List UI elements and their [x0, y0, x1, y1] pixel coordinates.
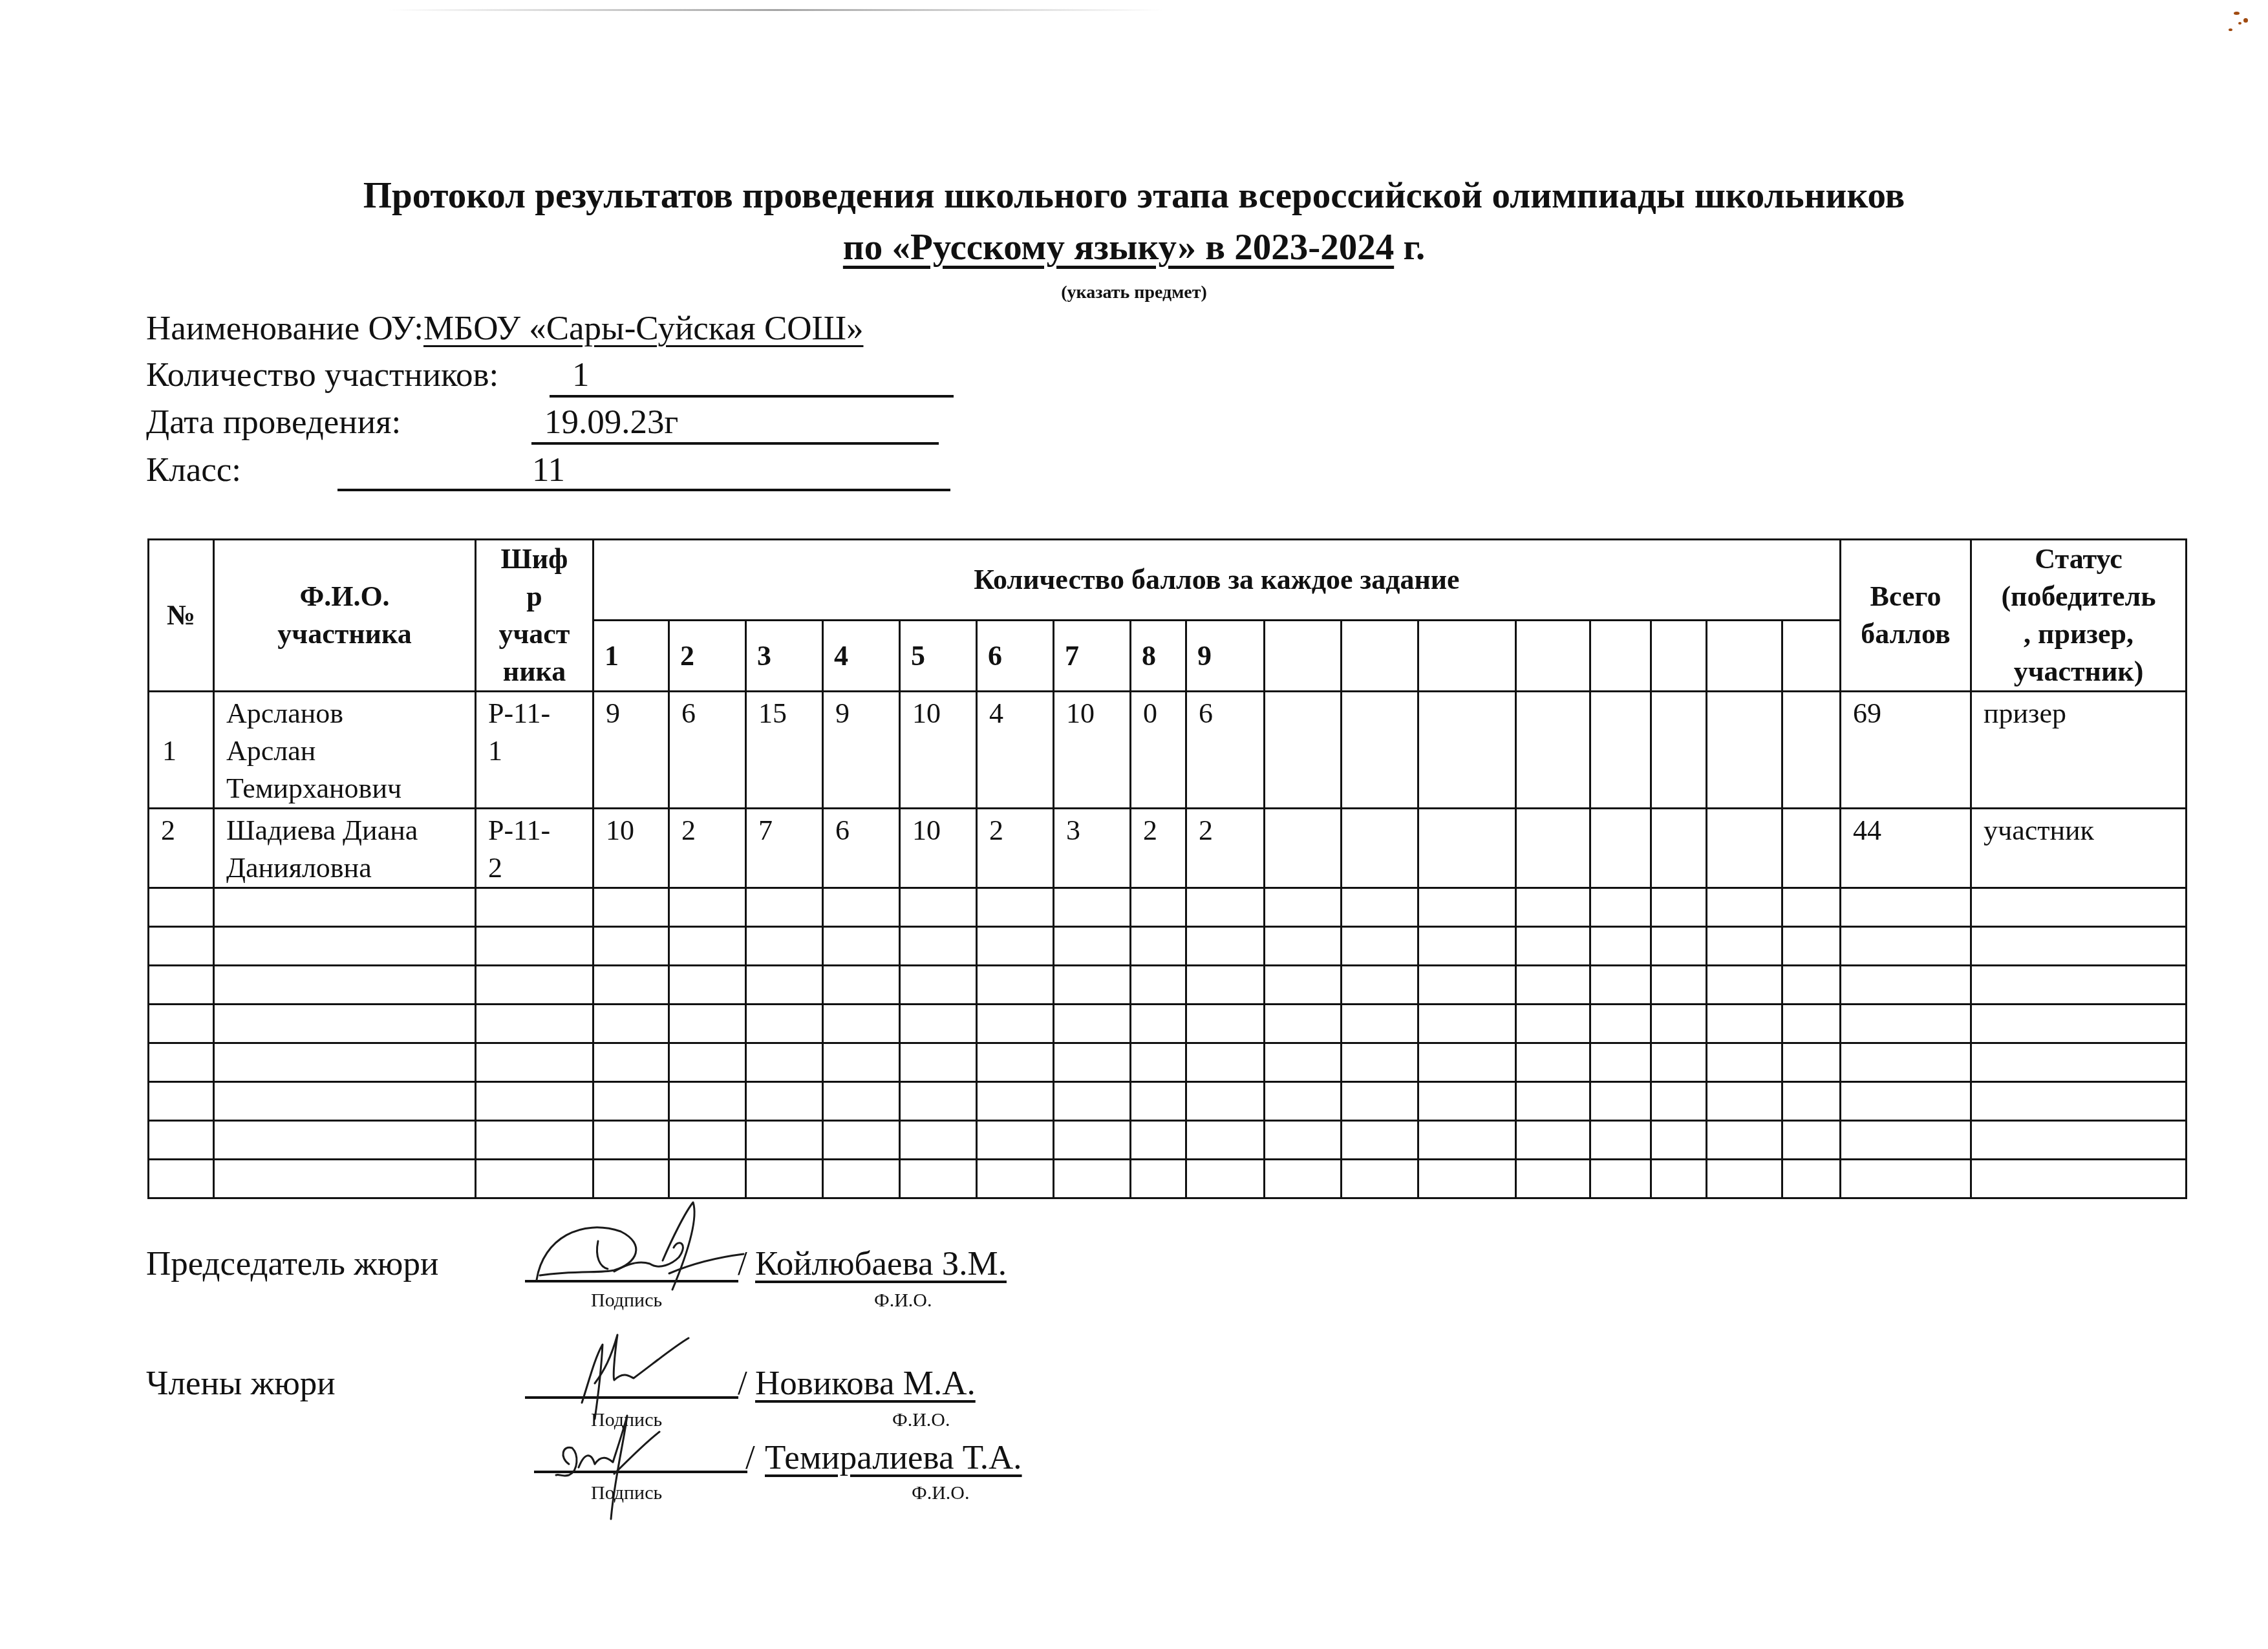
empty-cell — [1590, 1121, 1651, 1160]
empty-cell — [476, 1160, 594, 1198]
empty-cell — [1971, 927, 2187, 966]
empty-cell — [1054, 1121, 1131, 1160]
empty-cell — [476, 927, 594, 966]
empty-cell — [1590, 927, 1651, 966]
code-line: Р-11- — [488, 812, 592, 849]
header-total: Всего баллов — [1841, 540, 1971, 692]
score-cell — [1782, 692, 1841, 809]
empty-cell — [1516, 1082, 1590, 1121]
table-row: 1 Арсланов Арслан Темирханович Р-11- 1 9… — [149, 692, 2187, 809]
empty-cell — [1418, 888, 1516, 927]
participant-name: Шадиева Диана Данияловна — [214, 809, 476, 888]
empty-cell — [1651, 1005, 1707, 1043]
row-number: 2 — [149, 809, 214, 888]
empty-cell — [1131, 1043, 1186, 1082]
empty-cell — [669, 888, 746, 927]
empty-table-row — [149, 1005, 2187, 1043]
empty-cell — [1590, 1082, 1651, 1121]
name-line: Данияловна — [226, 849, 475, 887]
empty-cell — [823, 1121, 900, 1160]
empty-cell — [1186, 1043, 1265, 1082]
empty-cell — [1516, 966, 1590, 1005]
empty-cell — [1186, 1121, 1265, 1160]
empty-cell — [1971, 888, 2187, 927]
score-cell — [1782, 809, 1841, 888]
empty-cell — [1342, 1005, 1418, 1043]
participants-label: Количество участников: — [146, 356, 498, 394]
header-code: Шиф р участ ника — [476, 540, 594, 692]
empty-cell — [149, 927, 214, 966]
empty-cell — [1516, 888, 1590, 927]
member1-slash: / — [738, 1364, 747, 1403]
empty-cell — [1265, 888, 1342, 927]
school-label: Наименование ОУ: — [146, 309, 423, 348]
year-suffix: г. — [1394, 227, 1425, 268]
school-field: Наименование ОУ: МБОУ «Сары-Суйская СОШ» — [146, 309, 863, 348]
empty-cell — [669, 1121, 746, 1160]
header-name-line1: Ф.И.О. — [215, 578, 475, 615]
document-subtitle: по «Русскому языку» в 2023-2024 г. — [0, 226, 2268, 268]
empty-cell — [669, 927, 746, 966]
empty-cell — [1418, 1121, 1516, 1160]
empty-cell — [746, 927, 823, 966]
header-task-9: 9 — [1186, 621, 1265, 692]
empty-cell — [977, 888, 1054, 927]
empty-cell — [1707, 1082, 1782, 1121]
empty-cell — [476, 888, 594, 927]
empty-cell — [476, 1082, 594, 1121]
empty-cell — [149, 888, 214, 927]
header-task-15 — [1651, 621, 1707, 692]
empty-cell — [1707, 1043, 1782, 1082]
empty-cell — [900, 1121, 977, 1160]
class-fill-line — [337, 452, 950, 491]
score-cell — [1707, 692, 1782, 809]
empty-cell — [1516, 1043, 1590, 1082]
row-number: 1 — [149, 692, 214, 809]
chair-name: Койлюбаева З.М. — [755, 1244, 1007, 1283]
empty-table-row — [149, 1121, 2187, 1160]
empty-cell — [476, 1043, 594, 1082]
score-cell: 7 — [746, 809, 823, 888]
header-status: Статус (победитель , призер, участник) — [1971, 540, 2187, 692]
empty-cell — [594, 1043, 669, 1082]
empty-cell — [1418, 1082, 1516, 1121]
empty-cell — [149, 1005, 214, 1043]
empty-cell — [977, 927, 1054, 966]
empty-cell — [1782, 888, 1841, 927]
score-cell — [1418, 692, 1516, 809]
member2-slash: / — [745, 1438, 755, 1477]
empty-cell — [1971, 1082, 2187, 1121]
empty-cell — [1782, 1082, 1841, 1121]
empty-cell — [1186, 1082, 1265, 1121]
header-number: № — [149, 540, 214, 692]
member1-name: Новикова М.А. — [755, 1364, 976, 1403]
score-cell: 10 — [900, 692, 977, 809]
empty-cell — [476, 1005, 594, 1043]
date-label: Дата проведения: — [146, 403, 401, 442]
empty-cell — [1418, 1160, 1516, 1198]
empty-cell — [1186, 927, 1265, 966]
empty-cell — [746, 1043, 823, 1082]
empty-cell — [1131, 1160, 1186, 1198]
empty-cell — [1707, 1121, 1782, 1160]
header-status-line1: Статус — [1972, 540, 2185, 578]
name-line: Темирханович — [226, 770, 475, 807]
score-cell: 9 — [823, 692, 900, 809]
empty-table-row — [149, 927, 2187, 966]
empty-cell — [823, 966, 900, 1005]
score-cell: 6 — [1186, 692, 1265, 809]
score-cell: 2 — [669, 809, 746, 888]
header-task-14 — [1590, 621, 1651, 692]
name-line: Шадиева Диана — [226, 812, 475, 849]
empty-cell — [1186, 1005, 1265, 1043]
empty-cell — [1131, 927, 1186, 966]
scan-speck — [2229, 28, 2232, 31]
score-cell — [1651, 809, 1707, 888]
status-cell: призер — [1971, 692, 2187, 809]
empty-cell — [476, 1121, 594, 1160]
empty-cell — [900, 927, 977, 966]
header-task-16 — [1707, 621, 1782, 692]
empty-cell — [1841, 888, 1971, 927]
empty-cell — [1782, 966, 1841, 1005]
chair-label: Председатель жюри — [146, 1244, 438, 1283]
empty-cell — [149, 1121, 214, 1160]
scan-speck — [2238, 22, 2241, 25]
empty-cell — [1841, 1082, 1971, 1121]
chair-signature-caption: Подпись — [591, 1290, 662, 1312]
empty-cell — [1707, 1005, 1782, 1043]
empty-cell — [214, 966, 476, 1005]
empty-cell — [1651, 1082, 1707, 1121]
empty-cell — [669, 1043, 746, 1082]
empty-cell — [1782, 927, 1841, 966]
empty-cell — [1265, 1160, 1342, 1198]
empty-cell — [1590, 1160, 1651, 1198]
score-cell: 6 — [823, 809, 900, 888]
name-line: Арслан — [226, 732, 475, 770]
empty-cell — [823, 888, 900, 927]
chair-slash: / — [738, 1244, 747, 1283]
empty-cell — [1054, 1160, 1131, 1198]
subject-hint: (указать предмет) — [0, 282, 2268, 303]
header-task-5: 5 — [900, 621, 977, 692]
empty-cell — [977, 1005, 1054, 1043]
code-line: 1 — [488, 732, 592, 770]
date-value: 19.09.23г — [544, 403, 678, 442]
header-task-8: 8 — [1131, 621, 1186, 692]
code-line: Р-11- — [488, 695, 592, 732]
member2-name-caption: Ф.И.О. — [912, 1482, 970, 1504]
school-value: МБОУ «Сары-Суйская СОШ» — [423, 310, 864, 347]
score-cell: 6 — [669, 692, 746, 809]
empty-cell — [1265, 1082, 1342, 1121]
score-cell: 2 — [977, 809, 1054, 888]
empty-table-row — [149, 1043, 2187, 1082]
empty-cell — [1782, 1121, 1841, 1160]
scan-artifact-line — [388, 9, 1164, 11]
empty-cell — [214, 888, 476, 927]
empty-cell — [1590, 966, 1651, 1005]
score-cell — [1265, 809, 1342, 888]
results-table: № Ф.И.О. участника Шиф р участ ника Коли… — [147, 538, 2187, 1199]
empty-cell — [977, 1082, 1054, 1121]
member2-signature-caption: Подпись — [591, 1482, 662, 1504]
empty-cell — [669, 1160, 746, 1198]
scan-speck — [2243, 18, 2248, 23]
chair-name-caption: Ф.И.О. — [874, 1290, 932, 1312]
score-cell: 4 — [977, 692, 1054, 809]
header-task-4: 4 — [823, 621, 900, 692]
header-name: Ф.И.О. участника — [214, 540, 476, 692]
empty-cell — [1131, 966, 1186, 1005]
empty-cell — [476, 966, 594, 1005]
empty-cell — [214, 1082, 476, 1121]
member2-name: Темиралиева Т.А. — [765, 1438, 1022, 1477]
empty-cell — [1265, 1005, 1342, 1043]
total-score: 69 — [1841, 692, 1971, 809]
empty-cell — [1265, 966, 1342, 1005]
score-cell — [1265, 692, 1342, 809]
empty-cell — [1054, 888, 1131, 927]
header-name-line2: участника — [215, 615, 475, 653]
empty-cell — [1342, 1082, 1418, 1121]
header-task-12 — [1418, 621, 1516, 692]
empty-cell — [746, 888, 823, 927]
participant-code: Р-11- 1 — [476, 692, 594, 809]
header-task-17 — [1782, 621, 1841, 692]
score-cell: 2 — [1186, 809, 1265, 888]
empty-cell — [594, 1082, 669, 1121]
scan-speck — [2234, 12, 2240, 15]
score-cell: 10 — [1054, 692, 1131, 809]
empty-cell — [823, 927, 900, 966]
score-cell: 2 — [1131, 809, 1186, 888]
empty-cell — [1782, 1043, 1841, 1082]
empty-cell — [1971, 1121, 2187, 1160]
empty-cell — [149, 1160, 214, 1198]
empty-cell — [977, 1121, 1054, 1160]
empty-cell — [1707, 966, 1782, 1005]
empty-cell — [594, 1121, 669, 1160]
member1-name-caption: Ф.И.О. — [892, 1409, 950, 1431]
empty-cell — [1265, 927, 1342, 966]
header-code-line2: р — [476, 578, 592, 615]
empty-table-row — [149, 888, 2187, 927]
empty-cell — [1782, 1160, 1841, 1198]
header-total-line2: баллов — [1841, 615, 1970, 653]
header-code-line4: ника — [476, 653, 592, 690]
empty-cell — [1971, 1005, 2187, 1043]
document-title: Протокол результатов проведения школьног… — [0, 175, 2268, 217]
score-cell: 3 — [1054, 809, 1131, 888]
empty-cell — [1841, 966, 1971, 1005]
empty-cell — [977, 966, 1054, 1005]
empty-cell — [1516, 1005, 1590, 1043]
empty-cell — [1971, 1043, 2187, 1082]
empty-cell — [1418, 927, 1516, 966]
score-cell — [1651, 692, 1707, 809]
empty-cell — [1651, 927, 1707, 966]
empty-cell — [1131, 1121, 1186, 1160]
empty-cell — [1054, 966, 1131, 1005]
participant-code: Р-11- 2 — [476, 809, 594, 888]
score-cell — [1516, 809, 1590, 888]
score-cell: 10 — [900, 809, 977, 888]
empty-cell — [669, 1082, 746, 1121]
empty-cell — [1342, 1043, 1418, 1082]
header-task-13 — [1516, 621, 1590, 692]
empty-cell — [594, 888, 669, 927]
empty-cell — [1342, 966, 1418, 1005]
empty-cell — [900, 888, 977, 927]
empty-table-row — [149, 966, 2187, 1005]
empty-cell — [1054, 927, 1131, 966]
participant-name: Арсланов Арслан Темирханович — [214, 692, 476, 809]
empty-cell — [1651, 888, 1707, 927]
empty-cell — [1186, 888, 1265, 927]
empty-cell — [1131, 1005, 1186, 1043]
empty-cell — [214, 1005, 476, 1043]
empty-cell — [1971, 966, 2187, 1005]
status-cell: участник — [1971, 809, 2187, 888]
empty-cell — [900, 1160, 977, 1198]
empty-cell — [1342, 1121, 1418, 1160]
name-line: Арсланов — [226, 695, 475, 732]
empty-cell — [900, 1043, 977, 1082]
empty-cell — [1342, 888, 1418, 927]
score-cell — [1418, 809, 1516, 888]
empty-cell — [594, 966, 669, 1005]
empty-cell — [900, 1082, 977, 1121]
empty-cell — [1054, 1082, 1131, 1121]
empty-cell — [669, 1005, 746, 1043]
empty-cell — [1131, 888, 1186, 927]
score-cell: 0 — [1131, 692, 1186, 809]
score-cell — [1590, 809, 1651, 888]
empty-cell — [149, 1082, 214, 1121]
header-code-line1: Шиф — [476, 540, 592, 578]
empty-cell — [149, 966, 214, 1005]
empty-cell — [669, 966, 746, 1005]
empty-cell — [823, 1005, 900, 1043]
empty-cell — [977, 1043, 1054, 1082]
empty-table-row — [149, 1160, 2187, 1198]
header-status-line4: участник) — [1972, 653, 2185, 690]
header-status-line3: , призер, — [1972, 615, 2185, 653]
empty-cell — [1054, 1005, 1131, 1043]
empty-table-row — [149, 1082, 2187, 1121]
empty-cell — [1841, 1005, 1971, 1043]
class-label: Класс: — [146, 451, 241, 489]
empty-cell — [1054, 1043, 1131, 1082]
empty-cell — [1841, 927, 1971, 966]
empty-cell — [1265, 1043, 1342, 1082]
score-cell — [1707, 809, 1782, 888]
score-cell — [1590, 692, 1651, 809]
empty-cell — [1707, 927, 1782, 966]
header-task-10 — [1265, 621, 1342, 692]
empty-cell — [149, 1043, 214, 1082]
score-cell — [1516, 692, 1590, 809]
total-score: 44 — [1841, 809, 1971, 888]
empty-cell — [594, 1160, 669, 1198]
empty-cell — [746, 966, 823, 1005]
member2-signature-icon — [543, 1403, 685, 1526]
empty-cell — [1782, 1005, 1841, 1043]
header-status-line2: (победитель — [1972, 578, 2185, 615]
empty-cell — [214, 927, 476, 966]
empty-cell — [746, 1082, 823, 1121]
empty-cell — [1342, 927, 1418, 966]
subject-and-year: по «Русскому языку» в 2023-2024 — [843, 227, 1394, 268]
empty-cell — [214, 1160, 476, 1198]
empty-cell — [823, 1160, 900, 1198]
empty-cell — [1651, 966, 1707, 1005]
empty-cell — [1131, 1082, 1186, 1121]
header-tasks-group: Количество баллов за каждое задание — [594, 540, 1841, 621]
header-task-2: 2 — [669, 621, 746, 692]
empty-cell — [900, 1005, 977, 1043]
empty-cell — [214, 1121, 476, 1160]
header-task-7: 7 — [1054, 621, 1131, 692]
empty-cell — [1590, 888, 1651, 927]
score-cell: 9 — [594, 692, 669, 809]
empty-cell — [1707, 888, 1782, 927]
empty-cell — [746, 1121, 823, 1160]
header-task-1: 1 — [594, 621, 669, 692]
chair-signature-icon — [524, 1199, 756, 1290]
empty-cell — [746, 1160, 823, 1198]
participants-value: 1 — [572, 356, 590, 394]
empty-cell — [1342, 1160, 1418, 1198]
empty-cell — [1971, 1160, 2187, 1198]
header-task-3: 3 — [746, 621, 823, 692]
empty-cell — [594, 927, 669, 966]
empty-cell — [1516, 1121, 1590, 1160]
empty-cell — [1707, 1160, 1782, 1198]
empty-cell — [746, 1005, 823, 1043]
score-cell: 15 — [746, 692, 823, 809]
empty-cell — [1651, 1160, 1707, 1198]
empty-cell — [823, 1082, 900, 1121]
empty-cell — [823, 1043, 900, 1082]
header-task-11 — [1342, 621, 1418, 692]
empty-cell — [1516, 1160, 1590, 1198]
empty-cell — [1265, 1121, 1342, 1160]
code-line: 2 — [488, 849, 592, 887]
members-label: Члены жюри — [146, 1364, 336, 1403]
header-code-line3: участ — [476, 615, 592, 653]
empty-cell — [1841, 1043, 1971, 1082]
empty-cell — [1590, 1005, 1651, 1043]
score-cell — [1342, 809, 1418, 888]
score-cell — [1342, 692, 1418, 809]
empty-cell — [1516, 927, 1590, 966]
class-value: 11 — [532, 451, 565, 489]
table-header-row: № Ф.И.О. участника Шиф р участ ника Коли… — [149, 540, 2187, 621]
empty-cell — [1186, 966, 1265, 1005]
header-total-line1: Всего — [1841, 578, 1970, 615]
empty-cell — [1651, 1121, 1707, 1160]
empty-cell — [214, 1043, 476, 1082]
empty-cell — [1186, 1160, 1265, 1198]
empty-cell — [1418, 966, 1516, 1005]
empty-cell — [1841, 1160, 1971, 1198]
